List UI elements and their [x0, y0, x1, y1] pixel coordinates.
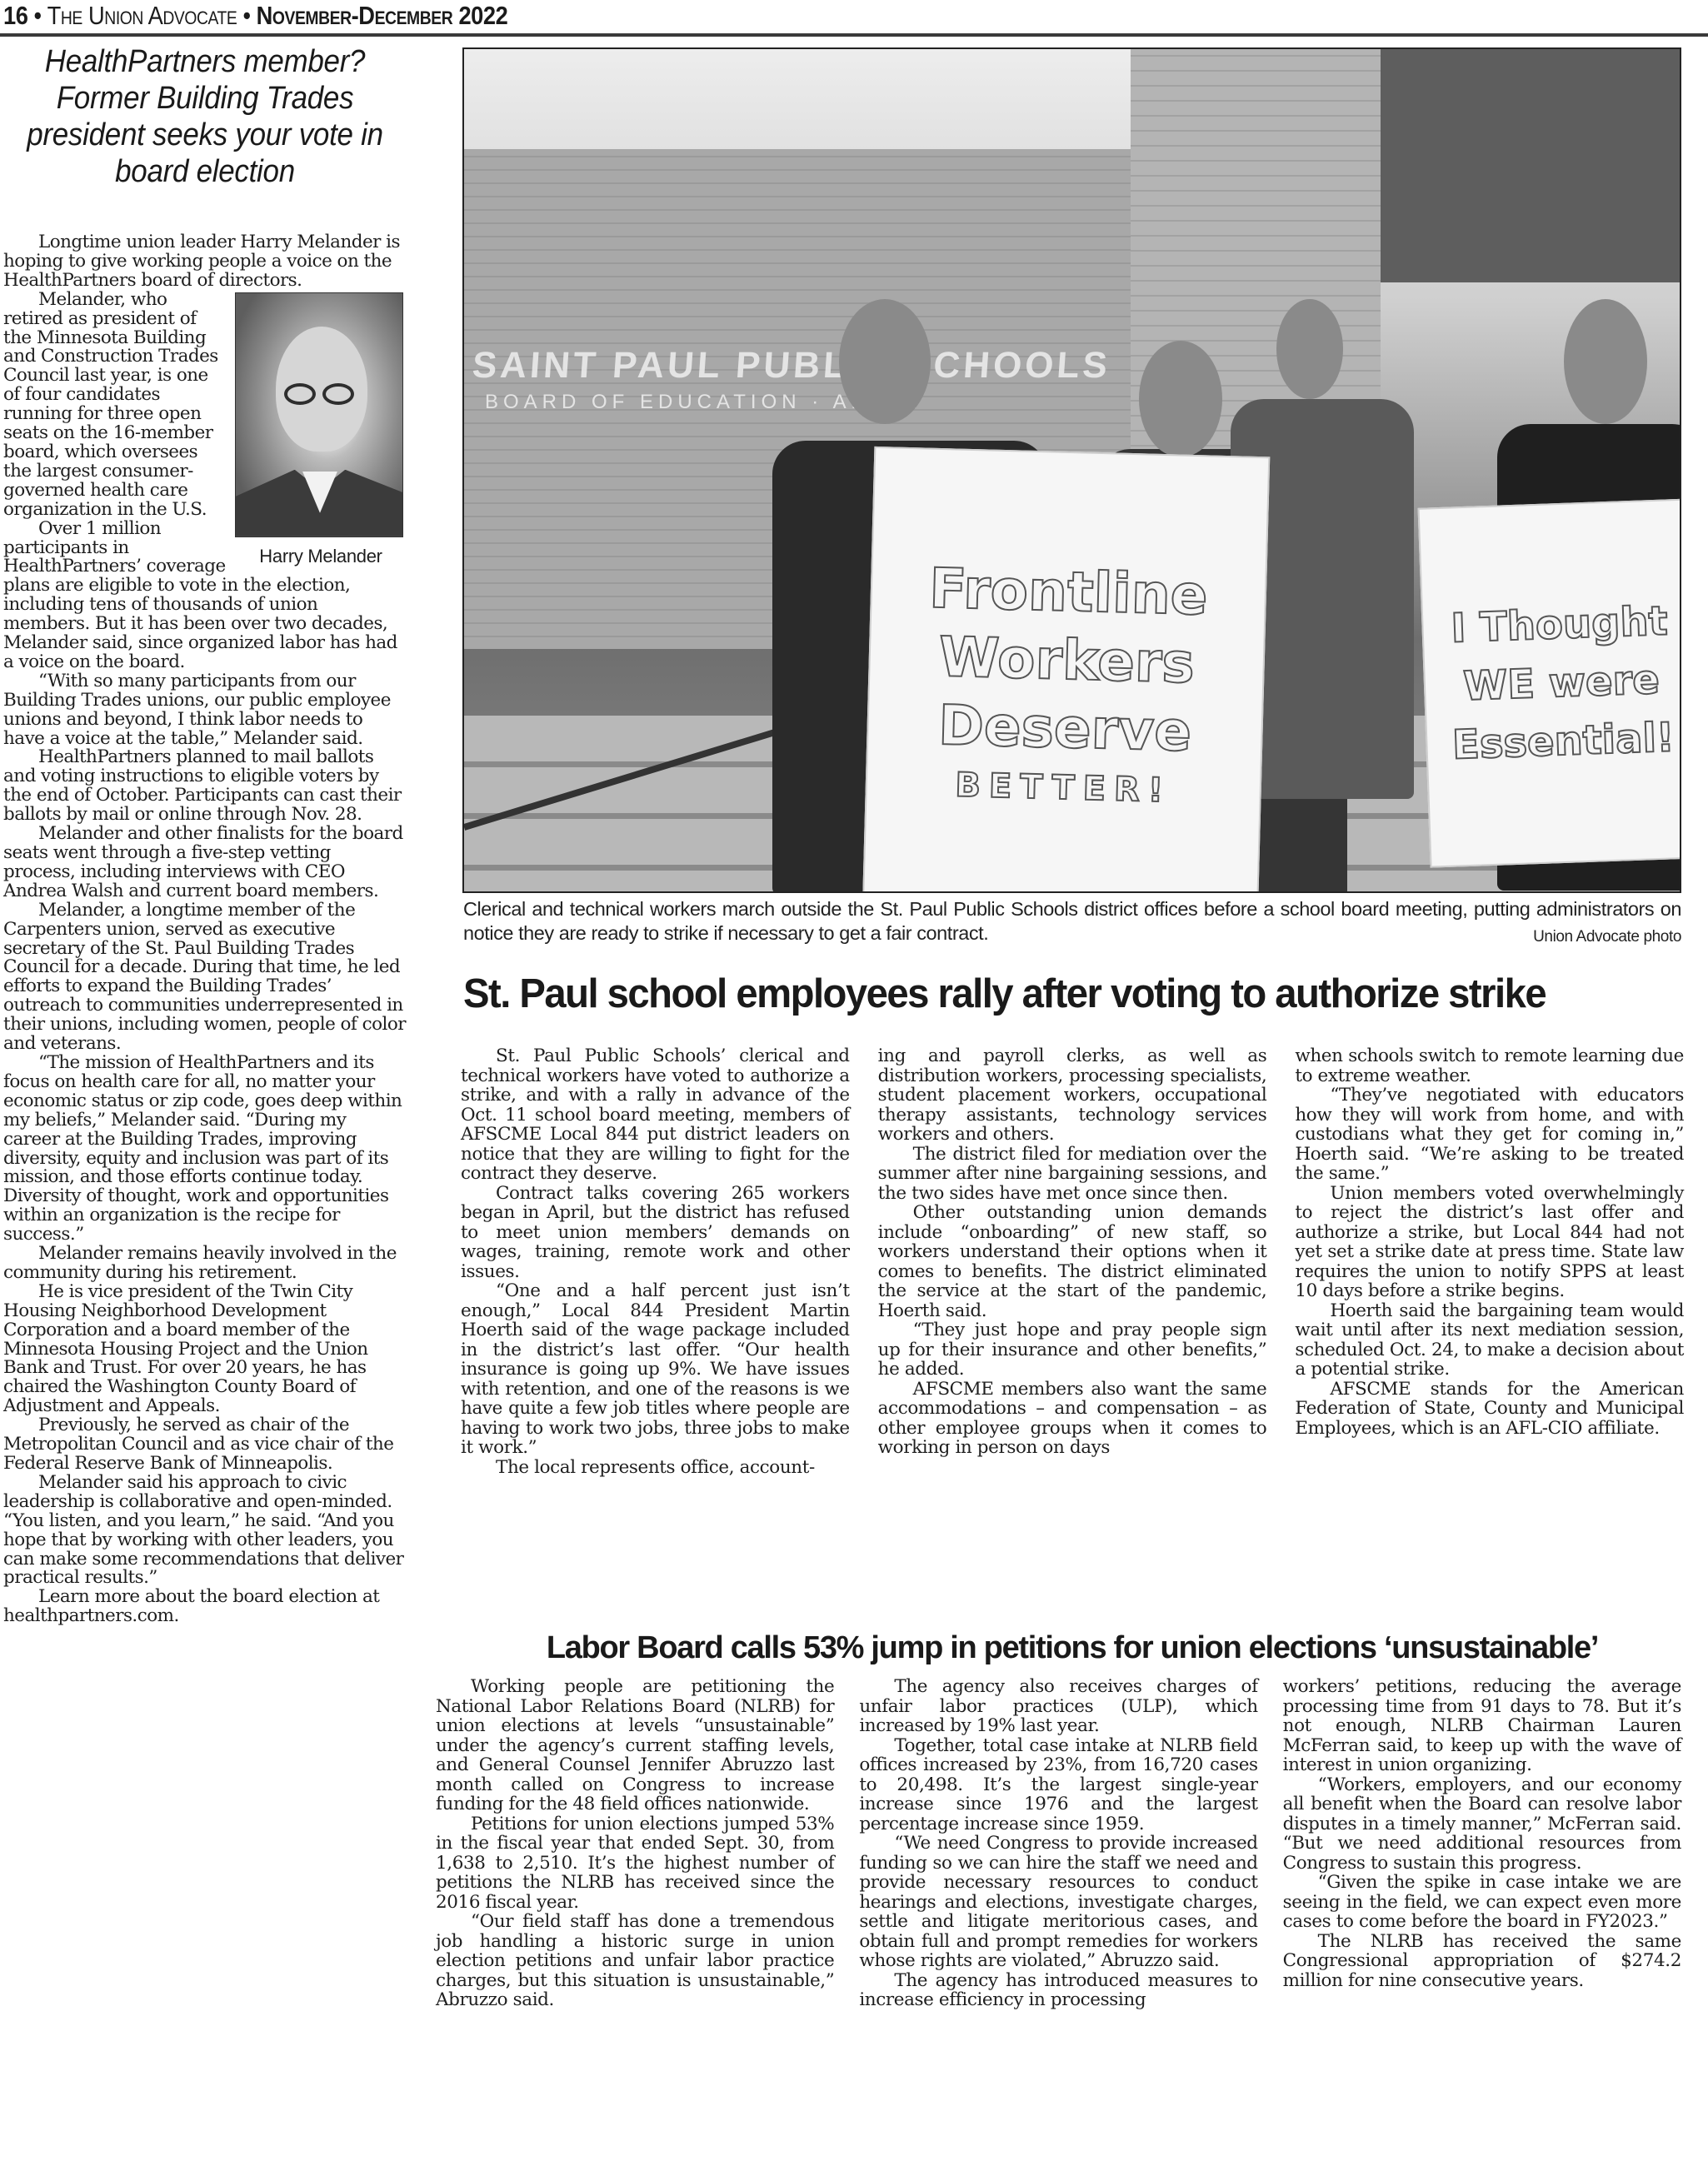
rally-photo-icon: SAINT PAUL PUBLIC SCHOOLS BOARD OF EDUCA…: [462, 47, 1681, 893]
paragraph: “The mission of HealthPartners and its f…: [3, 1054, 407, 1245]
nlrb-story-headline: Labor Board calls 53% jump in petitions …: [463, 1627, 1681, 1669]
sidebar-headline: HealthPartners member? Former Building T…: [17, 43, 394, 190]
placard-line: Workers: [938, 623, 1196, 698]
paragraph: “We need Congress to provide increased f…: [859, 1834, 1257, 1971]
paragraph: St. Paul Public Schools’ clerical and te…: [461, 1046, 850, 1184]
paragraph: Longtime union leader Harry Melander is …: [3, 233, 407, 291]
paragraph: He is vice president of the Twin City Ho…: [3, 1283, 407, 1416]
paragraph: “They just hope and pray people sign up …: [878, 1320, 1267, 1380]
placard-essential: I Thought WE were Essential!: [1418, 498, 1681, 867]
paragraph: Previously, he served as chair of the Me…: [3, 1416, 407, 1474]
placard-line: Deserve: [937, 691, 1192, 766]
placard-frontline-workers: Frontline Workers Deserve BETTER!: [862, 447, 1271, 893]
nlrb-story-body: Working people are petitioning the Natio…: [436, 1677, 1681, 2166]
page-masthead: 16•The Union Advocate•November-December …: [3, 0, 507, 33]
paragraph: “With so many participants from our Buil…: [3, 672, 407, 749]
placard-line: BETTER!: [955, 761, 1172, 816]
paragraph: Other outstanding union demands include …: [878, 1203, 1267, 1320]
masthead-rule: [0, 33, 1708, 37]
portrait-caption: Harry Melander: [235, 547, 407, 566]
photo-credit: Union Advocate photo: [1533, 925, 1681, 949]
paragraph: The agency has introduced measures to in…: [859, 1971, 1257, 2010]
paragraph: Petitions for union elections jumped 53%…: [436, 1814, 834, 1913]
paragraph: AFSCME members also want the same accomm…: [878, 1380, 1267, 1458]
sidebar-story-healthpartners: HealthPartners member? Former Building T…: [0, 43, 410, 190]
paragraph: workers’ petitions, reducing the average…: [1283, 1677, 1681, 1775]
caption-text: Clerical and technical workers march out…: [463, 898, 1681, 944]
paragraph: Union members voted overwhelmingly to re…: [1295, 1184, 1684, 1301]
paragraph: The local represents office, account-: [461, 1458, 850, 1478]
portrait-figure: Harry Melander: [235, 292, 407, 566]
sidebar-body: Longtime union leader Harry Melander is …: [3, 233, 407, 1626]
story-column: Working people are petitioning the Natio…: [436, 1677, 834, 2166]
placard-line: I Thought: [1450, 592, 1668, 658]
paragraph: Learn more about the board election at h…: [3, 1588, 407, 1626]
placard-line: WE were: [1462, 651, 1661, 716]
publication-name: The Union Advocate: [47, 1, 237, 30]
paragraph: Hoerth said the bargaining team would wa…: [1295, 1301, 1684, 1380]
main-photo-caption: Clerical and technical workers march out…: [463, 897, 1681, 949]
paragraph: “Given the spike in case intake we are s…: [1283, 1873, 1681, 1932]
story-column: when schools switch to remote learning d…: [1295, 1046, 1684, 1613]
paragraph: HealthPartners planned to mail ballots a…: [3, 748, 407, 825]
paragraph: “Workers, employers, and our economy all…: [1283, 1775, 1681, 1874]
paragraph: “Our field staff has done a tremendous j…: [436, 1912, 834, 2010]
story-column: The agency also receives charges of unfa…: [859, 1677, 1257, 2166]
paragraph: Working people are petitioning the Natio…: [436, 1677, 834, 1814]
issue-date: November-December 2022: [257, 1, 508, 30]
paragraph: AFSCME stands for the American Federatio…: [1295, 1380, 1684, 1439]
paragraph: The NLRB has received the same Congressi…: [1283, 1932, 1681, 1991]
paragraph: Together, total case intake at NLRB fiel…: [859, 1736, 1257, 1834]
bullet-separator: •: [34, 1, 42, 30]
paragraph: Contract talks covering 265 workers bega…: [461, 1184, 850, 1282]
paragraph: when schools switch to remote learning d…: [1295, 1046, 1684, 1085]
paragraph: “They’ve negotiated with educators how t…: [1295, 1085, 1684, 1184]
paragraph: The agency also receives charges of unfa…: [859, 1677, 1257, 1736]
paragraph: Melander said his approach to civic lead…: [3, 1474, 407, 1588]
placard-line: Essential!: [1451, 708, 1676, 774]
paragraph: “One and a half percent just isn’t enoug…: [461, 1281, 850, 1458]
paragraph: Melander, a longtime member of the Carpe…: [3, 901, 407, 1054]
bullet-separator: •: [242, 1, 250, 30]
page-number: 16: [3, 1, 27, 30]
paragraph: ing and payroll clerks, as well as distr…: [878, 1046, 1267, 1145]
paragraph: Melander and other finalists for the boa…: [3, 825, 407, 901]
paragraph: Melander remains heavily involved in the…: [3, 1245, 407, 1283]
story-column: workers’ petitions, reducing the average…: [1283, 1677, 1681, 2166]
strike-story-body: St. Paul Public Schools’ clerical and te…: [461, 1046, 1684, 1613]
building-sign: SAINT PAUL PUBLIC SCHOOLS: [471, 345, 1111, 387]
paragraph: The district filed for mediation over th…: [878, 1145, 1267, 1204]
story-column: St. Paul Public Schools’ clerical and te…: [461, 1046, 850, 1613]
placard-line: Frontline: [928, 555, 1208, 631]
story-column: ing and payroll clerks, as well as distr…: [878, 1046, 1267, 1613]
strike-story-headline: St. Paul school employees rally after vo…: [463, 969, 1639, 1019]
portrait-photo-icon: [235, 292, 403, 537]
